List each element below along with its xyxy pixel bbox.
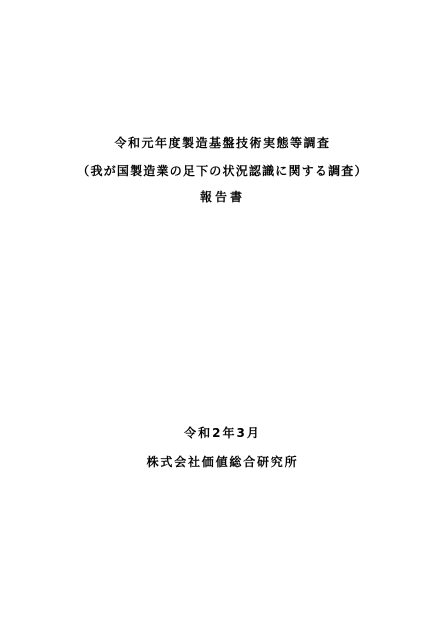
publisher-organization: 株式会社価値総合研究所 xyxy=(0,455,445,469)
report-subtitle: （我が国製造業の足下の状況認識に関する調査） xyxy=(0,164,445,178)
report-title: 令和元年度製造基盤技術実態等調査 xyxy=(0,136,445,150)
report-type-label: 報告書 xyxy=(0,190,445,204)
publication-date: 令和2年3月 xyxy=(0,426,445,440)
